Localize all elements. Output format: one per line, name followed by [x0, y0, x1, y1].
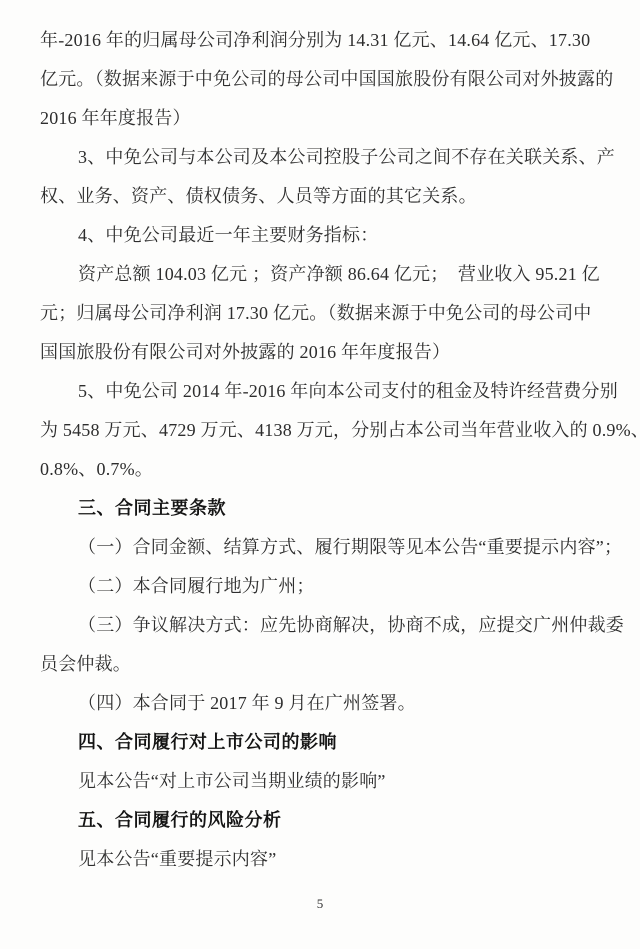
document-line: 元；归属母公司净利润 17.30 亿元。（数据来源于中免公司的母公司中 — [40, 294, 598, 333]
document-line: 员会仲裁。 — [40, 645, 598, 684]
document-text-block: 年-2016 年的归属母公司净利润分别为 14.31 亿元、14.64 亿元、1… — [0, 0, 640, 879]
document-line: 国国旅股份有限公司对外披露的 2016 年年度报告） — [40, 333, 598, 372]
page-number: 5 — [0, 896, 640, 912]
document-line: 5、中免公司 2014 年-2016 年向本公司支付的租金及特许经营费分别 — [40, 372, 598, 411]
section-heading-impact: 四、合同履行对上市公司的影响 — [40, 723, 598, 762]
document-line: 2016 年年度报告） — [40, 99, 598, 138]
document-line: （一）合同金额、结算方式、履行期限等见本公告“重要提示内容”； — [40, 528, 598, 567]
document-line: （四）本合同于 2017 年 9 月在广州签署。 — [40, 684, 598, 723]
document-line: 见本公告“重要提示内容” — [40, 840, 598, 879]
section-heading-risk: 五、合同履行的风险分析 — [40, 801, 598, 840]
document-line: 3、中免公司与本公司及本公司控股子公司之间不存在关联关系、产 — [40, 138, 598, 177]
document-line: 亿元。（数据来源于中免公司的母公司中国国旅股份有限公司对外披露的 — [40, 60, 598, 99]
document-line: 资产总额 104.03 亿元 ；资产净额 86.64 亿元； 营业收入 95.2… — [40, 255, 598, 294]
document-line: 年-2016 年的归属母公司净利润分别为 14.31 亿元、14.64 亿元、1… — [40, 21, 598, 60]
document-line: 为 5458 万元、4729 万元、4138 万元，分别占本公司当年营业收入的 … — [40, 411, 598, 450]
document-line: （二）本合同履行地为广州； — [40, 567, 598, 606]
document-page: 年-2016 年的归属母公司净利润分别为 14.31 亿元、14.64 亿元、1… — [0, 0, 640, 949]
document-line: 0.8%、0.7%。 — [40, 450, 598, 489]
document-line: 权、业务、资产、债权债务、人员等方面的其它关系。 — [40, 177, 598, 216]
document-line: 见本公告“对上市公司当期业绩的影响” — [40, 762, 598, 801]
document-line: 4、中免公司最近一年主要财务指标： — [40, 216, 598, 255]
section-heading-contract-terms: 三、合同主要条款 — [40, 489, 598, 528]
document-line: （三）争议解决方式：应先协商解决，协商不成，应提交广州仲裁委 — [40, 606, 598, 645]
